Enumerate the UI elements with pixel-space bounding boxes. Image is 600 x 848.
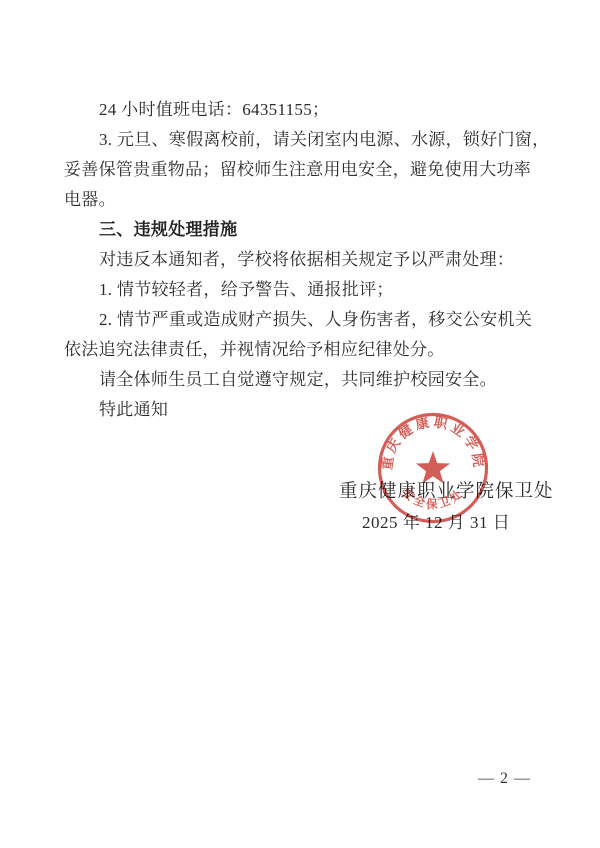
violation-intro-line: 对违反本通知者，学校将依据相关规定予以严肃处理： <box>64 245 538 275</box>
notice-body: 24 小时值班电话：64351155； 3. 元旦、寒假离校前，请关闭室内电源、… <box>64 95 538 425</box>
seal-star-icon <box>416 451 450 484</box>
holiday-rule-line-3: 电器。 <box>64 185 538 215</box>
duty-phone-line: 24 小时值班电话：64351155； <box>64 95 538 125</box>
appeal-line: 请全体师生员工自觉遵守规定，共同维护校园安全。 <box>64 365 538 395</box>
document-page: 24 小时值班电话：64351155； 3. 元旦、寒假离校前，请关闭室内电源、… <box>0 0 600 848</box>
holiday-rule-line-1: 3. 元旦、寒假离校前，请关闭室内电源、水源，锁好门窗， <box>64 125 538 155</box>
holiday-rule-line-2: 妥善保管贵重物品；留校师生注意用电安全，避免使用大功率 <box>64 155 538 185</box>
penalty-item-2-line-1: 2. 情节严重或造成财产损失、人身伤害者，移交公安机关 <box>64 305 538 335</box>
page-number: — 2 — <box>478 770 531 788</box>
penalty-item-2-line-2: 依法追究法律责任，并视情况给予相应纪律处分。 <box>64 335 538 365</box>
seal-bottom-text: 安全保卫处 <box>400 485 467 511</box>
penalty-item-1: 1. 情节较轻者，给予警告、通报批评； <box>64 275 538 305</box>
official-seal: 重庆健康职业学院 安全保卫处 <box>372 407 494 529</box>
section-heading: 三、违规处理措施 <box>64 215 538 245</box>
